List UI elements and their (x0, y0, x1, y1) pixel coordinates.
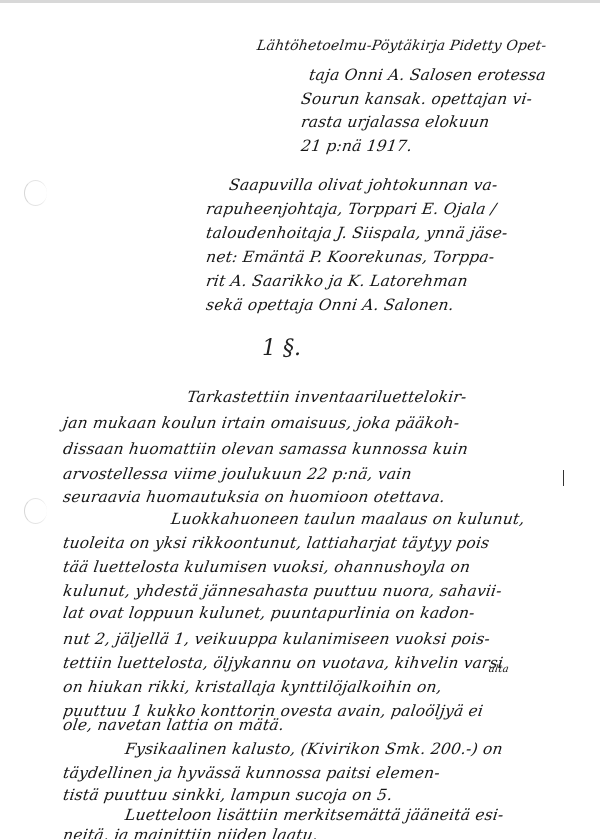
attendance-line: taloudenhoitaja J. Siispala, ynnä jäse- (205, 224, 509, 242)
body-line: Fysikaalinen kalusto, (Kivirikon Smk. 20… (124, 740, 504, 758)
interlinear-insertion: alta (488, 664, 509, 675)
heading-line: rasta urjalassa elokuun (300, 113, 491, 131)
margin-mark (563, 470, 564, 486)
body-line: lat ovat loppuun kulunet, puuntapurlinia… (62, 604, 476, 622)
attendance-line: net: Emäntä P. Koorekunas, Torppa- (205, 248, 496, 266)
body-line: tää luettelosta kulumisen vuoksi, ohannu… (62, 558, 472, 576)
body-line: dissaan huomattiin olevan samassa kunnos… (62, 440, 469, 458)
scan-top-edge (0, 0, 600, 3)
body-line: neitä, ja mainittiin niiden laatu. (62, 826, 319, 839)
attendance-line: Saapuvilla olivat johtokunnan va- (228, 176, 499, 194)
attendance-line: rit A. Saarikko ja K. Latorehman (205, 272, 469, 290)
body-line: seuraavia huomautuksia on huomioon otett… (62, 488, 446, 506)
punch-hole-lower (24, 498, 47, 524)
punch-hole-upper (24, 180, 47, 206)
body-line: Luokkahuoneen taulun maalaus on kulunut, (170, 510, 526, 528)
body-line: arvostellessa viime joulukuun 22 p:nä, v… (62, 465, 413, 483)
body-line: on hiukan rikki, kristallaja kynttilöjal… (62, 678, 443, 696)
body-line: Luetteloon lisättiin merkitsemättä jääne… (124, 806, 505, 824)
body-line: täydellinen ja hyvässä kunnossa paitsi e… (62, 764, 441, 782)
body-line: ole, navetan lattia on mätä. (62, 716, 285, 734)
body-line: jan mukaan koulun irtain omaisuus, joka … (62, 414, 461, 432)
body-line: kulunut, yhdestä jännesahasta puuttuu nu… (62, 582, 503, 600)
section-number: 1 §. (262, 336, 301, 361)
heading-line: taja Onni A. Salosen erotessa (308, 66, 547, 84)
body-line: tistä puuttuu sinkki, lampun sucoja on 5… (62, 786, 394, 804)
body-line: tettiin luettelosta, öljykannu on vuotav… (62, 654, 504, 672)
heading-line: Lähtöhetoelmu-Pöytäkirja Pidetty Opet- (256, 38, 547, 54)
attendance-line: rapuheenjohtaja, Torppari E. Ojala / (205, 200, 498, 218)
heading-line: 21 p:nä 1917. (300, 137, 413, 155)
body-line: Tarkastettiin inventaariluettelokir- (186, 388, 468, 406)
heading-line: Sourun kansak. opettajan vi- (300, 90, 533, 108)
body-line: tuoleita on yksi rikkoontunut, lattiahar… (62, 534, 491, 552)
attendance-line: sekä opettaja Onni A. Salonen. (205, 296, 455, 314)
body-line: nut 2, jäljellä 1, veikuuppa kulanimisee… (62, 630, 491, 648)
